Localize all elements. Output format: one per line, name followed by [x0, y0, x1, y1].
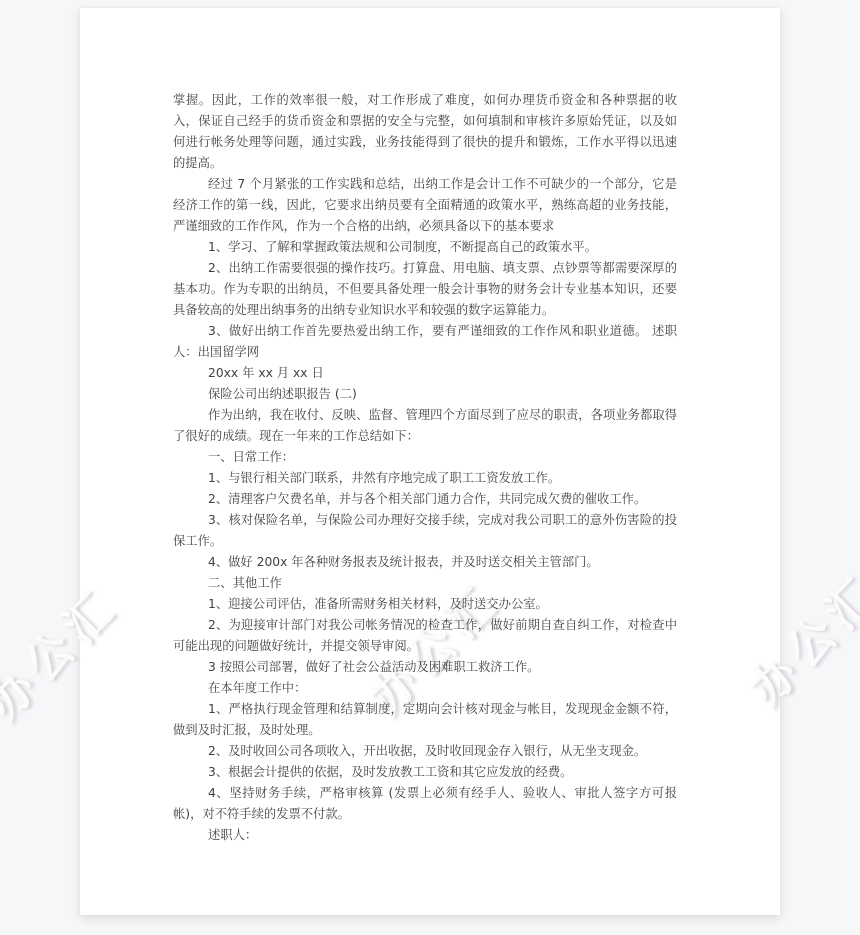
- paragraph: 1、迎接公司评估，准备所需财务相关材料，及时送交办公室。: [173, 594, 677, 615]
- paragraph: 2、出纳工作需要很强的操作技巧。打算盘、用电脑、填支票、点钞票等都需要深厚的基本…: [173, 258, 677, 321]
- paragraph: 2、及时收回公司各项收入，开出收据，及时收回现金存入银行，从无坐支现金。: [173, 741, 677, 762]
- paragraph: 一、日常工作：: [173, 447, 677, 468]
- page-background: 办公汇 办公汇 办公汇 掌握。因此，工作的效率很一般，对工作形成了难度，如何办理…: [0, 0, 860, 935]
- document-body: 掌握。因此，工作的效率很一般，对工作形成了难度，如何办理货币资金和各种票据的收入…: [173, 90, 677, 846]
- paragraph: 4、做好 200x 年各种财务报表及统计报表，并及时送交相关主管部门。: [173, 552, 677, 573]
- paragraph: 1、与银行相关部门联系，井然有序地完成了职工工资发放工作。: [173, 468, 677, 489]
- paragraph: 二、其他工作: [173, 573, 677, 594]
- paragraph: 1、严格执行现金管理和结算制度，定期向会计核对现金与帐目，发现现金金额不符，做到…: [173, 699, 677, 741]
- paragraph: 在本年度工作中：: [173, 678, 677, 699]
- paragraph: 3、核对保险名单，与保险公司办理好交接手续，完成对我公司职工的意外伤害险的投保工…: [173, 510, 677, 552]
- paragraph: 1、学习、了解和掌握政策法规和公司制度，不断提高自己的政策水平。: [173, 237, 677, 258]
- paragraph: 掌握。因此，工作的效率很一般，对工作形成了难度，如何办理货币资金和各种票据的收入…: [173, 90, 677, 174]
- paragraph: 4、坚持财务手续，严格审核算 (发票上必须有经手人、验收人、审批人签字方可报帐)…: [173, 783, 677, 825]
- paragraph: 2、清理客户欠费名单，并与各个相关部门通力合作，共同完成欠费的催收工作。: [173, 489, 677, 510]
- paragraph: 3 按照公司部署，做好了社会公益活动及困难职工救济工作。: [173, 657, 677, 678]
- paragraph: 保险公司出纳述职报告 (二): [173, 384, 677, 405]
- paragraph: 作为出纳，我在收付、反映、监督、管理四个方面尽到了应尽的职责，各项业务都取得了很…: [173, 405, 677, 447]
- paragraph: 2、为迎接审计部门对我公司帐务情况的检查工作，做好前期自查自纠工作，对检查中可能…: [173, 615, 677, 657]
- paragraph: 3、根据会计提供的依据，及时发放教工工资和其它应发放的经费。: [173, 762, 677, 783]
- paragraph: 20xx 年 xx 月 xx 日: [173, 363, 677, 384]
- paragraph: 3、做好出纳工作首先要热爱出纳工作，要有严谨细致的工作作风和职业道德。 述职人：…: [173, 321, 677, 363]
- paragraph: 述职人：: [173, 825, 677, 846]
- paragraph: 经过 7 个月紧张的工作实践和总结，出纳工作是会计工作不可缺少的一个部分，它是经…: [173, 174, 677, 237]
